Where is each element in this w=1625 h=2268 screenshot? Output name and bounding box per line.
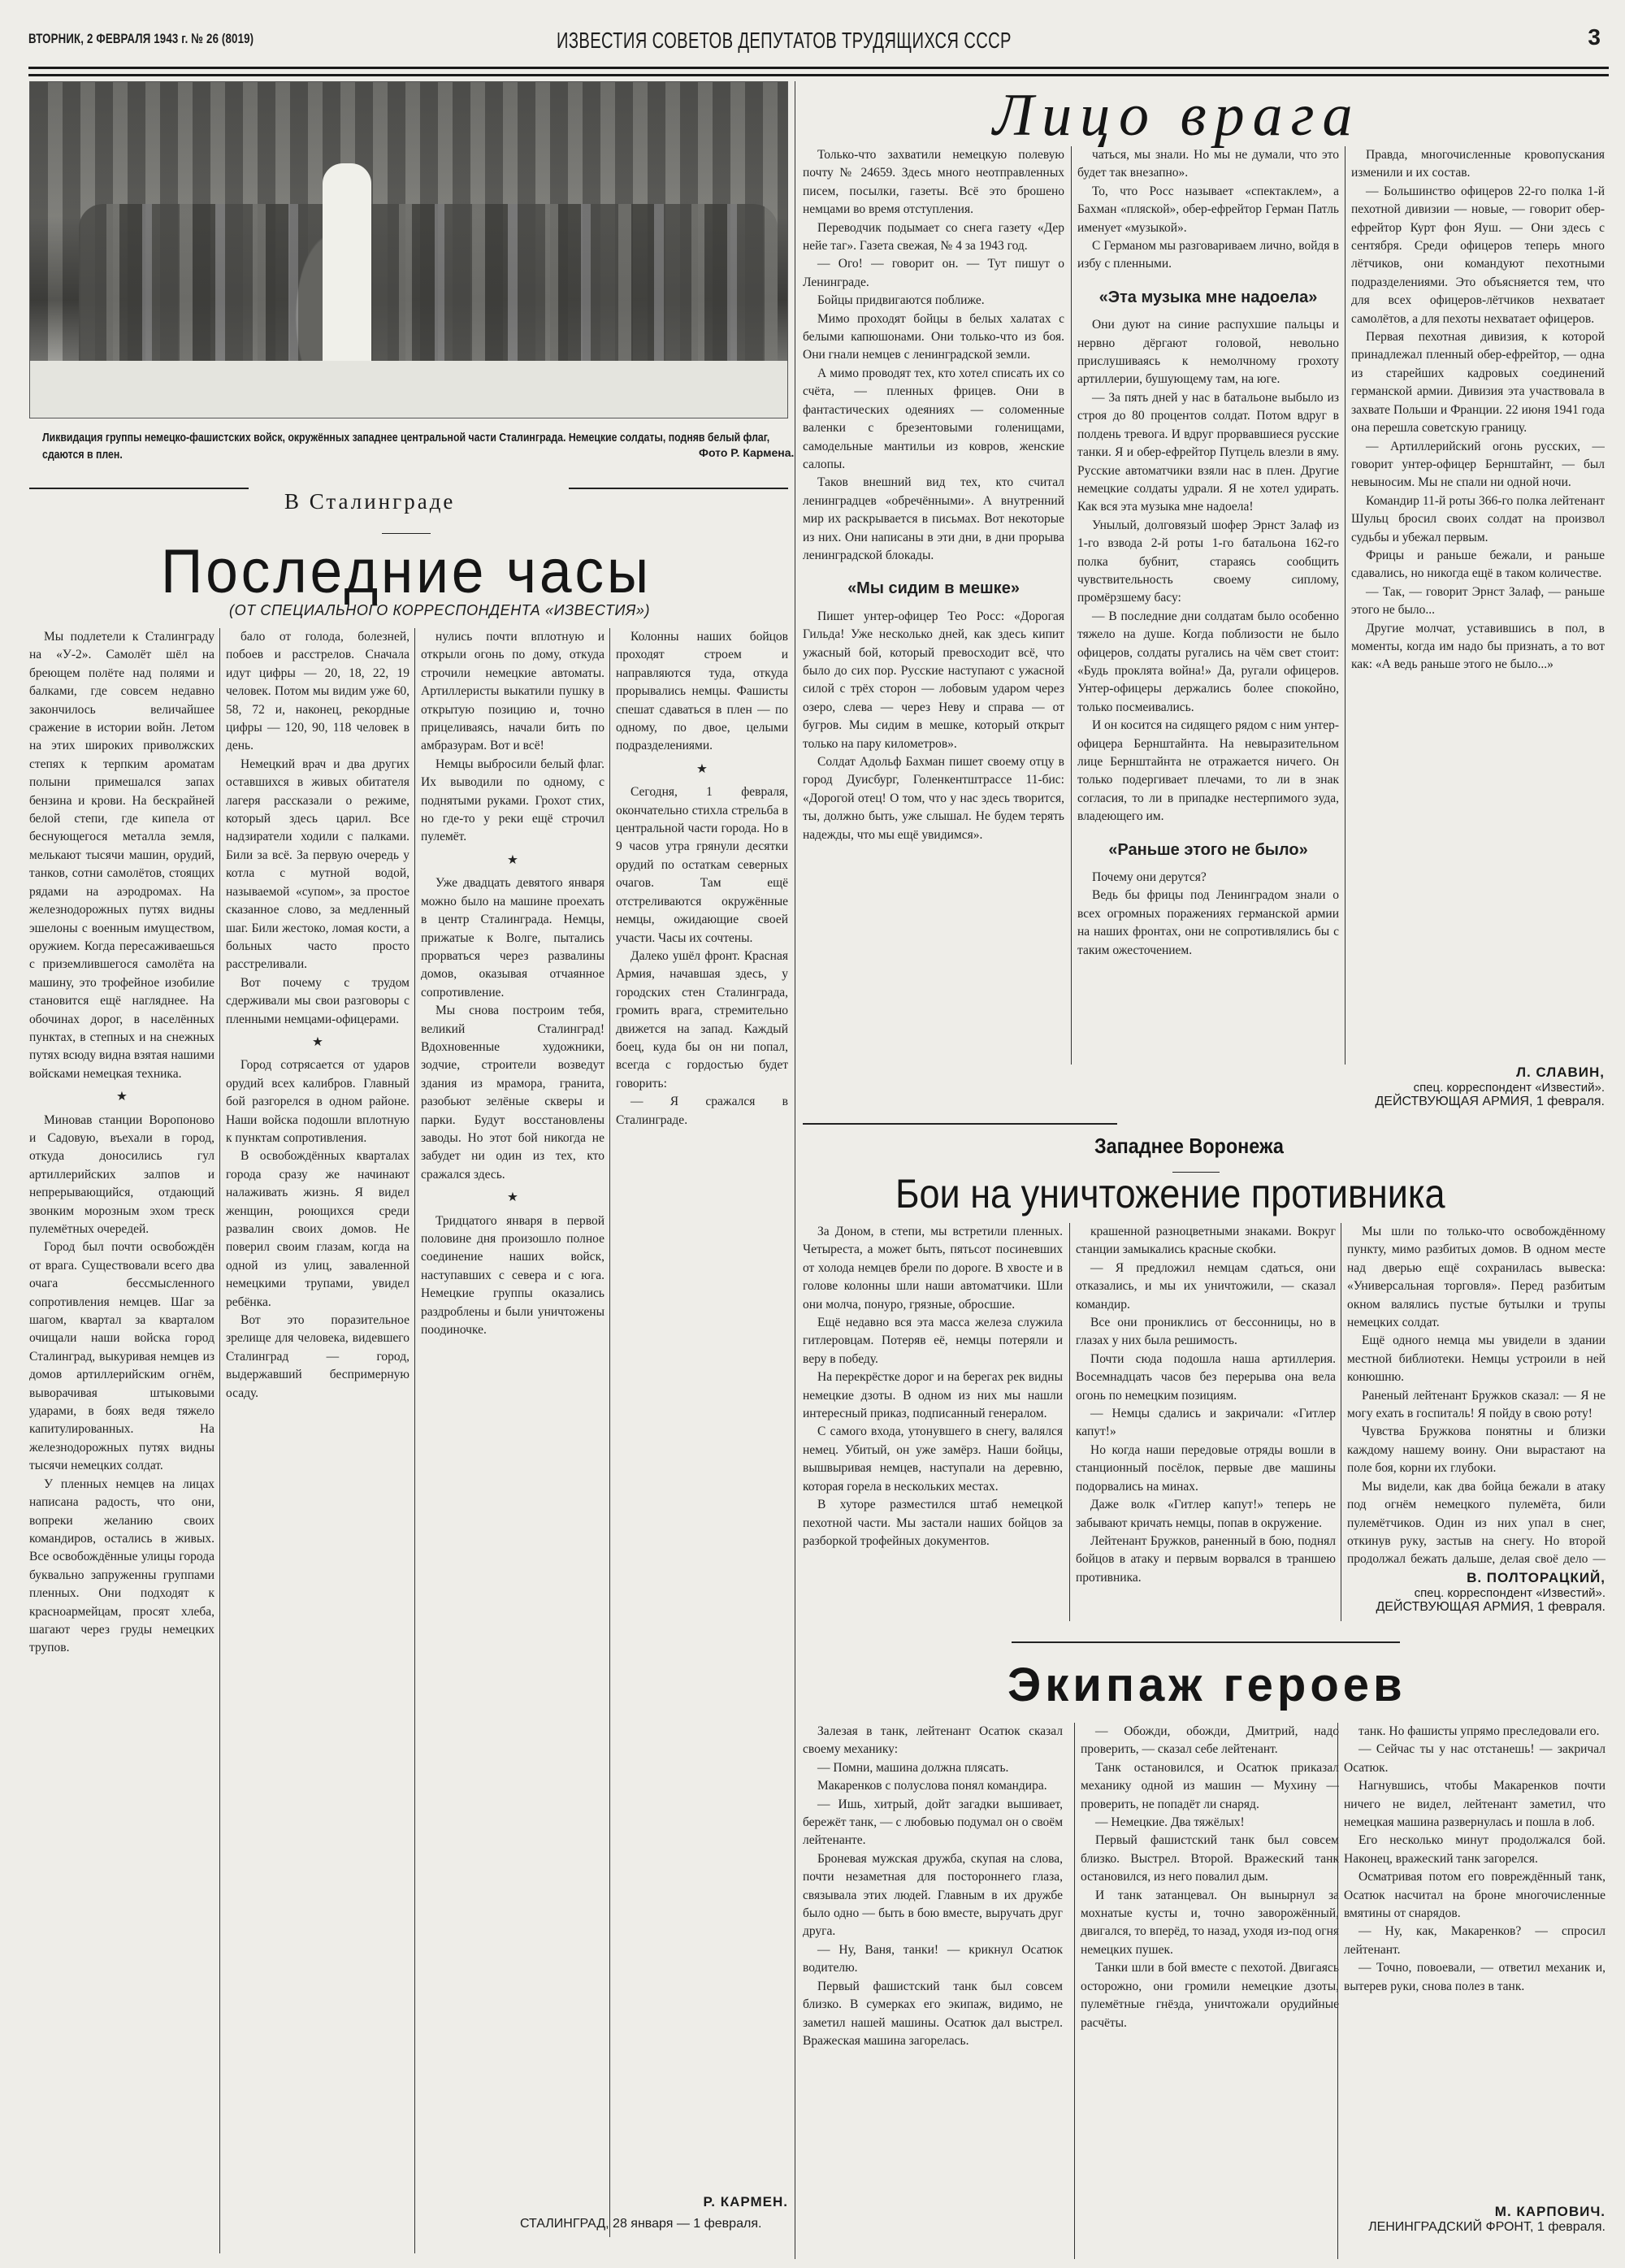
separator-star: ★ <box>421 852 604 869</box>
article-headline: Лицо врага <box>993 81 1361 150</box>
paragraph: — За пять дней у нас в батальоне выбыло … <box>1077 389 1339 517</box>
paragraph: Вот почему с трудом сдерживали мы свои р… <box>226 974 409 1029</box>
stalingrad-column-3: нулись почти вплотную и открыли огонь по… <box>421 628 604 2253</box>
paragraph: За Доном, в степи, мы встретили пленных.… <box>803 1223 1063 1314</box>
paragraph: Пишет унтер-офицер Тео Росс: «Дорогая Ги… <box>803 608 1064 753</box>
paragraph: Даже волк «Гитлер капут!» теперь не забы… <box>1076 1496 1336 1533</box>
paragraph: И он косится на сидящего рядом с ним унт… <box>1077 717 1339 826</box>
paragraph: — Ну, Ваня, танки! — крикнул Осатюк води… <box>803 1941 1063 1978</box>
paragraph: Лейтенант Бружков, раненный в бою, подня… <box>1076 1533 1336 1587</box>
paragraph: В освобождённых кварталах города сразу ж… <box>226 1147 409 1312</box>
paragraph: А мимо проводят тех, кто хотел списать и… <box>803 365 1064 474</box>
paragraph: В хуторе разместился штаб немецкой пехот… <box>803 1496 1063 1550</box>
paragraph: — Точно, повоевали, — ответил механик и,… <box>1344 1959 1605 1996</box>
separator-star: ★ <box>29 1088 214 1106</box>
paragraph: Правда, многочисленные кровопускания изм… <box>1351 146 1605 183</box>
paragraph: На перекрёстке дорог и на берегах рек ви… <box>803 1368 1063 1423</box>
paragraph: Тридцатого января в первой половине дня … <box>421 1212 604 1340</box>
paragraph: — Артиллерийский огонь русских, — говори… <box>1351 438 1605 492</box>
photo-snow <box>30 361 787 418</box>
paragraph: — Немецкие. Два тяжёлых! <box>1081 1814 1339 1832</box>
stalingrad-signature: Р. КАРМЕН. <box>616 2194 788 2210</box>
paragraph: Танки шли в бой вместе с пехотой. Двигая… <box>1081 1959 1339 2032</box>
paragraph: С самого входа, утонувшего в снегу, валя… <box>803 1423 1063 1496</box>
page-number: 3 <box>1588 24 1601 50</box>
stalingrad-column-1: Мы подлетели к Сталинграду на «У-2». Сам… <box>29 628 214 2253</box>
divider <box>569 488 788 489</box>
paragraph: Раненый лейтенант Бружков сказал: — Я не… <box>1347 1387 1605 1424</box>
paragraph: Броневая мужская дружба, скупая на слова… <box>803 1850 1063 1941</box>
paragraph: Но когда наши передовые отряды вошли в с… <box>1076 1442 1336 1496</box>
enemy-face-column-1: Только-что захватили немецкую полевую по… <box>803 146 1064 1065</box>
paragraph: Уже двадцать девятого января можно было … <box>421 874 604 1002</box>
paragraph: нулись почти вплотную и открыли огонь по… <box>421 628 604 756</box>
paragraph: Далеко ушёл фронт. Красная Армия, начавш… <box>616 948 788 1093</box>
issue-date: ВТОРНИК, 2 ФЕВРАЛЯ 1943 г. № 26 (8019) <box>28 31 253 47</box>
paragraph: Командир 11-й роты 366-го полка лейтенан… <box>1351 492 1605 547</box>
paragraph: Таков внешний вид тех, кто считал ленинг… <box>803 474 1064 565</box>
paragraph: Бойцы придвигаются поближе. <box>803 292 1064 310</box>
author-name: В. ПОЛТОРАЦКИЙ, <box>1347 1570 1605 1586</box>
paragraph: Мы шли по только-что освобождённому пунк… <box>1347 1223 1605 1332</box>
paragraph: И танк затанцевал. Он вынырнул за мохнат… <box>1081 1887 1339 1960</box>
paragraph: Чувства Бружкова понятны и близки каждом… <box>1347 1423 1605 1477</box>
paragraph: Другие молчат, уставившись в пол, в моме… <box>1351 620 1605 674</box>
paragraph: — Немцы сдались и закричали: «Гитлер кап… <box>1076 1405 1336 1442</box>
voronezh-column-2: крашенной разноцветными знаками. Вокруг … <box>1076 1223 1336 1621</box>
author-name: Р. КАРМЕН. <box>616 2194 788 2210</box>
column-rule <box>1074 1723 1075 2259</box>
photo-crowd <box>79 204 778 366</box>
paragraph: Нагнувшись, чтобы Макаренков почти ничег… <box>1344 1777 1605 1832</box>
paragraph: — Большинство офицеров 22-го полка 1-й п… <box>1351 183 1605 328</box>
paragraph: Первая пехотная дивизия, к которой прина… <box>1351 328 1605 437</box>
article-headline: Последние часы <box>161 536 652 607</box>
author-role: спец. корреспондент «Известий». <box>1347 1586 1605 1600</box>
author-name: М. КАРПОВИЧ. <box>1344 2204 1605 2220</box>
paragraph: Миновав станции Воропоново и Садовую, въ… <box>29 1112 214 1239</box>
dateline: ДЕЙСТВУЮЩАЯ АРМИЯ, 1 февраля. <box>1351 1095 1605 1109</box>
divider <box>1012 1641 1400 1643</box>
paragraph: Город был почти освобождён от врага. Сущ… <box>29 1238 214 1475</box>
paragraph: — Я предложил немцам сдаться, они отказа… <box>1076 1260 1336 1314</box>
paragraph: Танк остановился, и Осатюк приказал меха… <box>1081 1759 1339 1814</box>
paragraph: Ведь бы фрицы под Ленинградом знали о вс… <box>1077 887 1339 960</box>
voronezh-column-3: Мы шли по только-что освобождённому пунк… <box>1347 1223 1605 1568</box>
enemy-face-column-3: Правда, многочисленные кровопускания изм… <box>1351 146 1605 1016</box>
paragraph: — Ну, как, Макаренков? — спросил лейтена… <box>1344 1923 1605 1959</box>
paragraph: Залезая в танк, лейтенант Осатюк сказал … <box>803 1723 1063 1759</box>
masthead-double-rule <box>28 67 1609 76</box>
paragraph: крашенной разноцветными знаками. Вокруг … <box>1076 1223 1336 1260</box>
column-rule <box>1337 1723 1338 2259</box>
paragraph: — Помни, машина должна плясать. <box>803 1759 1063 1777</box>
subhead: «Эта музыка мне надоела» <box>1077 288 1339 306</box>
paragraph: — В последние дни солдатам было особенно… <box>1077 608 1339 717</box>
page-column-rule <box>795 81 795 2259</box>
paragraph: — Так, — говорит Эрнст Залаф, — раньше э… <box>1351 583 1605 620</box>
paragraph: Только-что захватили немецкую полевую по… <box>803 146 1064 219</box>
paragraph: — Обожди, обожди, Дмитрий, надо проверит… <box>1081 1723 1339 1759</box>
paragraph: Немецкий врач и два других оставшихся в … <box>226 756 409 974</box>
crew-signature: М. КАРПОВИЧ. ЛЕНИНГРАДСКИЙ ФРОНТ, 1 февр… <box>1344 2204 1605 2235</box>
voronezh-signature: В. ПОЛТОРАЦКИЙ, спец. корреспондент «Изв… <box>1347 1570 1605 1615</box>
paragraph: Его несколько минут продолжался бой. Нак… <box>1344 1832 1605 1868</box>
paragraph: С Германом мы разговариваем лично, войдя… <box>1077 237 1339 274</box>
stalingrad-column-4: Колонны наших бойцов проходят строем и н… <box>616 628 788 2172</box>
masthead: ВТОРНИК, 2 ФЕВРАЛЯ 1943 г. № 26 (8019) И… <box>28 24 1609 59</box>
article-headline: Бои на уничтожение противника <box>895 1170 1445 1217</box>
photo-credit: Фото Р. Кармена. <box>699 446 794 459</box>
stalingrad-column-2: бало от голода, болезней, побоев и расст… <box>226 628 409 2253</box>
dateline: СТАЛИНГРАД, 28 января — 1 февраля. <box>520 2217 792 2231</box>
paragraph: Осматривая потом его повреждённый танк, … <box>1344 1868 1605 1923</box>
paragraph: То, что Росс называет «спектаклем», а Ба… <box>1077 183 1339 237</box>
paragraph: Все они прониклись от бессонницы, но в г… <box>1076 1314 1336 1351</box>
article-kicker: В Сталинграде <box>284 489 455 514</box>
divider <box>29 488 249 489</box>
dateline: ДЕЙСТВУЮЩАЯ АРМИЯ, 1 февраля. <box>1347 1600 1605 1615</box>
paragraph: — Я сражался в Сталинграде. <box>616 1093 788 1130</box>
surrender-photo <box>29 81 788 418</box>
crew-column-2: — Обожди, обожди, Дмитрий, надо проверит… <box>1081 1723 1339 2259</box>
divider <box>803 1123 1117 1125</box>
paragraph: Колонны наших бойцов проходят строем и н… <box>616 628 788 756</box>
subhead: «Мы сидим в мешке» <box>803 579 1064 597</box>
article-kicker: Западнее Воронежа <box>1094 1134 1284 1159</box>
article-byline: (ОТ СПЕЦИАЛЬНОГО КОРРЕСПОНДЕНТА «ИЗВЕСТИ… <box>229 602 650 619</box>
column-rule <box>414 628 415 2253</box>
photo-white-flag-soldier <box>323 163 371 375</box>
separator-star: ★ <box>226 1034 409 1052</box>
crew-column-3: танк. Но фашисты упрямо преследовали его… <box>1344 1723 1605 2202</box>
subhead: «Раньше этого не было» <box>1077 841 1339 859</box>
newspaper-title: ИЗВЕСТИЯ СОВЕТОВ ДЕПУТАТОВ ТРУДЯЩИХСЯ СС… <box>557 28 1012 54</box>
column-rule <box>219 628 220 2253</box>
enemy-face-signature: Л. СЛАВИН, спец. корреспондент «Известий… <box>1351 1065 1605 1109</box>
paragraph: Переводчик подымает со снега газету «Дер… <box>803 219 1064 256</box>
column-rule <box>1069 1223 1070 1621</box>
stalingrad-dateline: СТАЛИНГРАД, 28 января — 1 февраля. <box>520 2217 792 2231</box>
paragraph: У пленных немцев на лицах написана радос… <box>29 1476 214 1658</box>
column-rule <box>1345 146 1345 1065</box>
paragraph: Город сотрясается от ударов орудий всех … <box>226 1056 409 1147</box>
voronezh-column-1: За Доном, в степи, мы встретили пленных.… <box>803 1223 1063 1621</box>
paragraph: танк. Но фашисты упрямо преследовали его… <box>1344 1723 1605 1741</box>
paragraph: бало от голода, болезней, побоев и расст… <box>226 628 409 756</box>
paragraph: Вот это поразительное зрелище для челове… <box>226 1312 409 1403</box>
column-rule <box>1071 146 1072 1065</box>
separator-star: ★ <box>421 1189 604 1207</box>
paragraph: Макаренков с полуслова понял командира. <box>803 1777 1063 1795</box>
paragraph: — Ишь, хитрый, дойт загадки вышивает, бе… <box>803 1796 1063 1850</box>
paragraph: Первый фашистский танк был совсем близко… <box>803 1978 1063 2051</box>
paragraph: Ещё недавно вся эта масса железа служила… <box>803 1314 1063 1368</box>
paragraph: — Сейчас ты у нас отстанешь! — закричал … <box>1344 1741 1605 1777</box>
paragraph: Почему они дерутся? <box>1077 869 1339 887</box>
paragraph: Мы видели, как два бойца бежали в атаку … <box>1347 1478 1605 1568</box>
paragraph: Солдат Адольф Бахман пишет своему отцу в… <box>803 753 1064 844</box>
newspaper-page: ВТОРНИК, 2 ФЕВРАЛЯ 1943 г. № 26 (8019) И… <box>0 0 1625 2268</box>
dateline: ЛЕНИНГРАДСКИЙ ФРОНТ, 1 февраля. <box>1344 2220 1605 2235</box>
paragraph: Первый фашистский танк был совсем близко… <box>1081 1832 1339 1886</box>
paragraph: Они дуют на синие распухшие пальцы и нер… <box>1077 316 1339 389</box>
divider <box>382 533 431 534</box>
paragraph: Мимо проходят бойцы в белых халатах с бе… <box>803 310 1064 365</box>
photo-caption: Ликвидация группы немецко-фашистских вой… <box>42 429 785 463</box>
separator-star: ★ <box>616 761 788 778</box>
crew-column-1: Залезая в танк, лейтенант Осатюк сказал … <box>803 1723 1063 2259</box>
paragraph: Мы снова построим тебя, великий Сталингр… <box>421 1002 604 1184</box>
paragraph: чаться, мы знали. Но мы не думали, что э… <box>1077 146 1339 183</box>
paragraph: Сегодня, 1 февраля, окончательно стихла … <box>616 783 788 948</box>
paragraph: — Ого! — говорит он. — Тут пишут о Ленин… <box>803 255 1064 292</box>
enemy-face-column-2: чаться, мы знали. Но мы не думали, что э… <box>1077 146 1339 1065</box>
paragraph: Унылый, долговязый шофер Эрнст Залаф из … <box>1077 517 1339 608</box>
paragraph: Немцы выбросили белый флаг. Их выводили … <box>421 756 604 847</box>
author-role: спец. корреспондент «Известий». <box>1351 1081 1605 1095</box>
paragraph: Мы подлетели к Сталинграду на «У-2». Сам… <box>29 628 214 1083</box>
paragraph: Ещё одного немца мы увидели в здании мес… <box>1347 1332 1605 1386</box>
article-headline: Экипаж героев <box>1007 1658 1406 1712</box>
paragraph: Почти сюда подошла наша артиллерия. Восе… <box>1076 1351 1336 1405</box>
author-name: Л. СЛАВИН, <box>1351 1065 1605 1081</box>
paragraph: Фрицы и раньше бежали, и раньше сдавалис… <box>1351 547 1605 583</box>
column-rule <box>1341 1223 1341 1621</box>
column-rule <box>609 628 610 2237</box>
